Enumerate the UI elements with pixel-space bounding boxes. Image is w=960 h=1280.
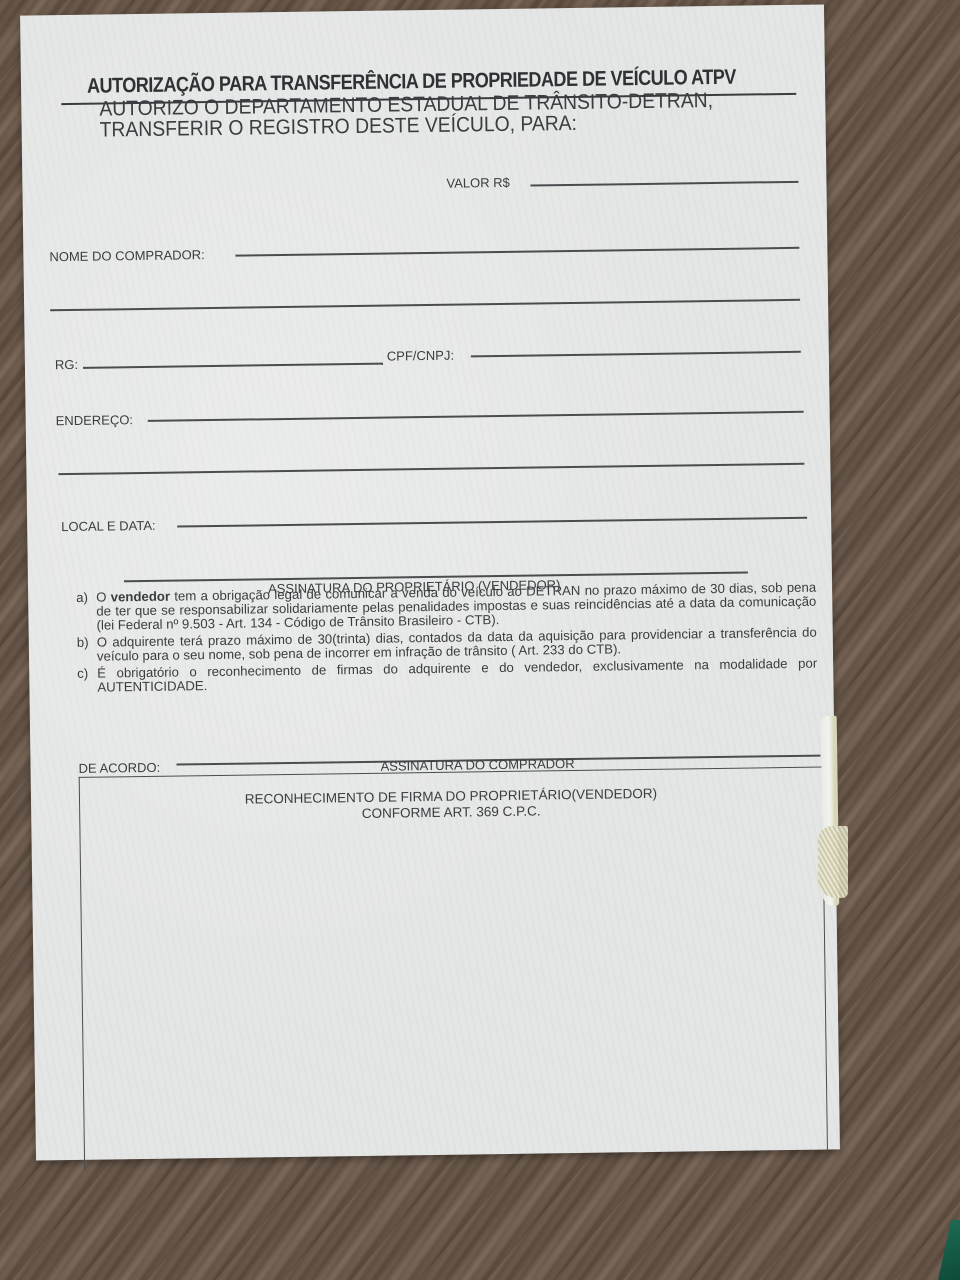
local-data-label: LOCAL E DATA:	[61, 518, 156, 534]
note-a: a) O vendedor tem a obrigação legal de c…	[76, 581, 817, 633]
note-c-text: É obrigatório o reconhecimento de firmas…	[97, 657, 817, 695]
local-data-field[interactable]	[177, 517, 807, 527]
torn-edge-fibers	[818, 826, 848, 898]
notary-recognition-box[interactable]: RECONHECIMENTO DE FIRMA DO PROPRIETÁRIO(…	[79, 767, 828, 1170]
endereco-label: ENDEREÇO:	[56, 412, 133, 428]
green-object-corner	[938, 1220, 960, 1280]
cpf-cnpj-label: CPF/CNPJ:	[387, 348, 454, 364]
endereco-field[interactable]	[148, 411, 804, 422]
note-a-mark: a)	[76, 591, 97, 633]
legal-notes: a) O vendedor tem a obrigação legal de c…	[76, 581, 817, 698]
endereco-field-line-2[interactable]	[58, 463, 804, 475]
rg-label: RG:	[55, 357, 78, 372]
note-b-mark: b)	[77, 636, 97, 664]
valor-label: VALOR R$	[446, 175, 510, 191]
rg-field[interactable]	[83, 363, 383, 369]
atpv-form-paper: AUTORIZAÇÃO PARA TRANSFERÊNCIA DE PROPRI…	[20, 4, 840, 1160]
nome-comprador-label: NOME DO COMPRADOR:	[49, 247, 204, 264]
de-acordo-label: DE ACORDO:	[78, 760, 160, 776]
authorization-statement: AUTORIZO O DEPARTAMENTO ESTADUAL DE TRÂN…	[99, 90, 713, 141]
note-a-text: tem a obrigação legal de comunicar a ven…	[96, 580, 816, 633]
nome-comprador-field[interactable]	[235, 247, 799, 256]
nome-comprador-field-line-2[interactable]	[50, 299, 800, 311]
valor-field[interactable]	[530, 181, 798, 186]
note-c-mark: c)	[77, 667, 97, 695]
cpf-cnpj-field[interactable]	[471, 351, 801, 357]
notary-box-title: RECONHECIMENTO DE FIRMA DO PROPRIETÁRIO(…	[80, 784, 822, 826]
